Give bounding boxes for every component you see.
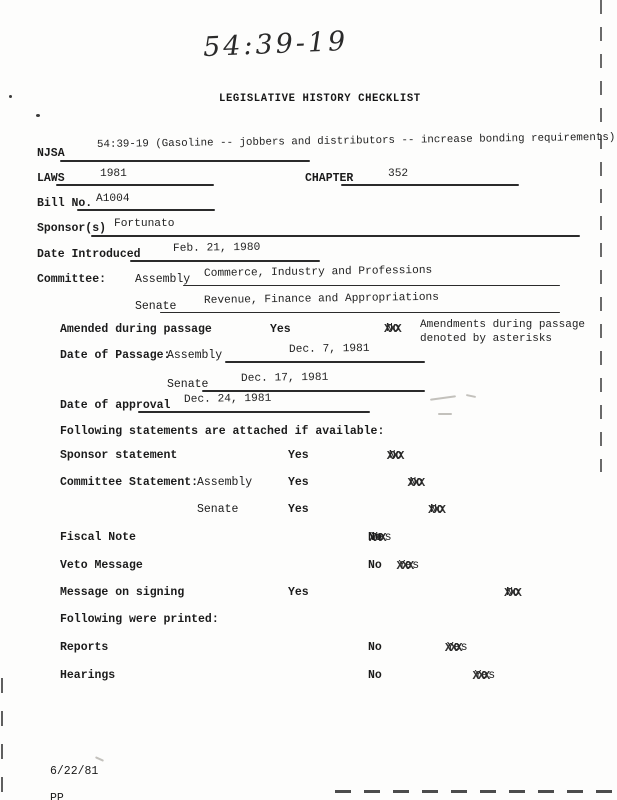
handwritten-citation: 54:39-19 [203, 35, 349, 54]
amended-note-line2: denoted by asterisks [420, 333, 552, 346]
statement-no-crossed: No XXX [430, 503, 444, 516]
field-bill-value: A1004 [96, 193, 130, 206]
field-passage-senate-value: Dec. 17, 1981 [241, 372, 328, 386]
statement-row-label: Message on signing [60, 586, 184, 599]
printed-row-label: Reports [60, 641, 108, 654]
overstrike-x-marks: XXX [407, 477, 423, 490]
overstrike-x-marks: XXX [387, 450, 403, 463]
printed-no: No [368, 669, 382, 682]
scan-pencil-mark [430, 395, 456, 401]
statement-no: No [368, 531, 382, 544]
statement-yes: Yes [288, 476, 309, 489]
field-sponsor-label: Sponsor(s) [37, 222, 106, 235]
statement-no-crossed: No XXX [409, 476, 423, 489]
printed-heading: Following were printed: [60, 613, 219, 626]
field-passage-assembly-value: Dec. 7, 1981 [289, 343, 370, 357]
field-approval-value: Dec. 24, 1981 [184, 393, 271, 407]
scan-pencil-mark [95, 756, 104, 761]
overstrike-x-marks: XXX [472, 670, 488, 683]
statement-row-sublabel: Senate [197, 503, 238, 516]
field-underline [77, 209, 215, 211]
scan-dashed-line-bottom [335, 790, 617, 793]
statement-yes: Yes [288, 586, 309, 599]
page-title: LEGISLATIVE HISTORY CHECKLIST [219, 93, 421, 106]
printed-no: No [368, 641, 382, 654]
printed-row-label: Hearings [60, 669, 115, 682]
field-sponsor-value: Fortunato [114, 218, 174, 231]
footer-initials: PP [50, 792, 64, 800]
field-underline [160, 312, 560, 313]
field-committee-label: Committee: [37, 273, 106, 286]
statement-yes: Yes [288, 503, 309, 516]
footer-date: 6/22/81 [50, 765, 98, 778]
field-committee-assembly-value: Commerce, Industry and Professions [204, 265, 432, 281]
scan-dashed-line-right-margin [600, 0, 602, 472]
field-underline [183, 285, 560, 286]
field-amended-label: Amended during passage [60, 323, 212, 336]
statement-row-label: Sponsor statement [60, 449, 177, 462]
statement-no-crossed: No XXX [389, 449, 403, 462]
field-underline [91, 235, 580, 237]
scan-pencil-mark [438, 413, 452, 415]
overstrike-x-marks: XXX [445, 642, 461, 655]
printed-yes-crossed: Yes XXX [447, 641, 468, 654]
overstrike-x-marks: XXX [428, 504, 444, 517]
field-underline [225, 361, 425, 363]
field-amended-answer: Yes [270, 323, 291, 336]
overstrike-x-marks: XXX [384, 323, 400, 336]
statements-heading: Following statements are attached if ava… [60, 425, 384, 438]
statement-yes-crossed: Yes XXX [399, 559, 420, 572]
scanned-document-page: 54:39-19 LEGISLATIVE HISTORY CHECKLIST N… [0, 0, 617, 800]
statement-row-label: Committee Statement: [60, 476, 198, 489]
statement-row-label: Veto Message [60, 559, 143, 572]
statement-row-sublabel: Assembly [197, 476, 252, 489]
field-njsa-value: 54:39-19 (Gasoline -- jobbers and distri… [97, 132, 615, 152]
field-committee-assembly-label: Assembly [135, 273, 190, 286]
field-underline [130, 260, 320, 262]
printed-yes-crossed: Yes XXX [474, 669, 495, 682]
scan-speck [36, 114, 40, 117]
field-amended-crossed-no: No XXX [386, 322, 400, 335]
field-laws-value: 1981 [100, 168, 127, 181]
statement-yes: Yes [288, 449, 309, 462]
overstrike-x-marks: XXX [397, 560, 413, 573]
scan-pencil-mark [466, 394, 476, 398]
statement-no-crossed: No XXX [506, 586, 520, 599]
field-committee-senate-value: Revenue, Finance and Appropriations [204, 292, 439, 308]
field-date-introduced-value: Feb. 21, 1980 [173, 242, 260, 256]
scan-dashed-line-left-bottom [1, 678, 3, 800]
statement-no: No [368, 559, 382, 572]
scan-speck [9, 95, 12, 98]
field-underline [202, 390, 425, 392]
field-underline [138, 411, 370, 413]
field-passage-assembly-label: Assembly [167, 349, 222, 362]
field-passage-label: Date of Passage: [60, 349, 170, 362]
field-underline [56, 184, 214, 186]
statement-row-label: Fiscal Note [60, 531, 136, 544]
field-underline [60, 160, 310, 162]
field-date-introduced-label: Date Introduced [37, 248, 141, 261]
field-underline [341, 184, 519, 186]
overstrike-x-marks: XXX [504, 587, 520, 600]
field-njsa-label: NJSA [37, 147, 65, 160]
field-chapter-value: 352 [388, 168, 408, 181]
amended-note-line1: Amendments during passage [420, 319, 585, 332]
